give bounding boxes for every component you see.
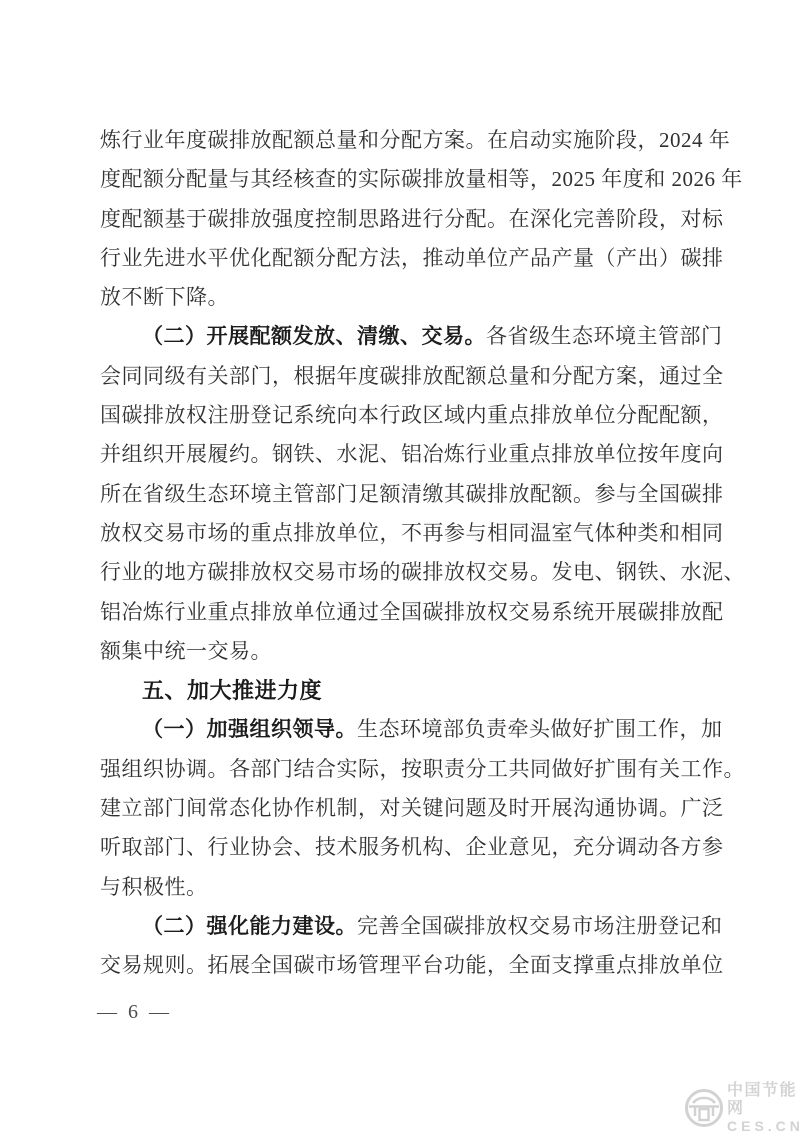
line-text: 炼行业年度碳排放配额总量和分配方案。在启动实施阶段，2024 年 bbox=[100, 128, 730, 152]
line-text: 生态环境部负责牵头做好扩围工作，加 bbox=[357, 717, 723, 741]
watermark: 中国节能网 CES.CN bbox=[684, 1082, 800, 1131]
doc-line: （一）加强组织领导。生态环境部负责牵头做好扩围工作，加 bbox=[100, 710, 707, 749]
paragraph-lead: （一）加强组织领导。 bbox=[142, 717, 357, 741]
line-text: 度配额基于碳排放强度控制思路进行分配。在深化完善阶段，对标 bbox=[100, 207, 724, 231]
doc-line: 放不断下降。 bbox=[100, 278, 707, 317]
doc-line: 交易规则。拓展全国碳市场管理平台功能，全面支撑重点排放单位 bbox=[100, 946, 707, 985]
doc-line: 铝冶炼行业重点排放单位通过全国碳排放权交易系统开展碳排放配 bbox=[100, 593, 707, 632]
line-text: 建立部门间常态化协作机制，对关键问题及时开展沟通协调。广泛 bbox=[100, 796, 724, 820]
heading-text: 五、加大推进力度 bbox=[142, 678, 322, 703]
line-text: 听取部门、行业协会、技术服务机构、企业意见，充分调动各方参 bbox=[100, 835, 724, 859]
doc-line: 行业先进水平优化配额分配方法，推动单位产品产量（产出）碳排 bbox=[100, 239, 707, 278]
doc-line: （二）开展配额发放、清缴、交易。各省级生态环境主管部门 bbox=[100, 317, 707, 356]
watermark-site-name: 中国节能网 bbox=[727, 1082, 800, 1118]
doc-line: 会同同级有关部门，根据年度碳排放配额总量和分配方案，通过全 bbox=[100, 357, 707, 396]
paragraph-lead: （二）开展配额发放、清缴、交易。 bbox=[142, 324, 486, 348]
line-text: 放权交易市场的重点排放单位，不再参与相同温室气体种类和相同 bbox=[100, 521, 724, 545]
doc-line: 听取部门、行业协会、技术服务机构、企业意见，充分调动各方参 bbox=[100, 828, 707, 867]
doc-line: 与积极性。 bbox=[100, 868, 707, 907]
paragraph-lead: （二）强化能力建设。 bbox=[142, 914, 357, 938]
section-heading: 五、加大推进力度 bbox=[100, 671, 707, 710]
line-text: 强组织协调。各部门结合实际，按职责分工共同做好扩围有关工作。 bbox=[100, 757, 745, 781]
line-text: 完善全国碳排放权交易市场注册登记和 bbox=[357, 914, 723, 938]
doc-line: 所在省级生态环境主管部门足额清缴其碳排放配额。参与全国碳排 bbox=[100, 475, 707, 514]
line-text: 所在省级生态环境主管部门足额清缴其碳排放配额。参与全国碳排 bbox=[100, 482, 724, 506]
doc-line: 炼行业年度碳排放配额总量和分配方案。在启动实施阶段，2024 年 bbox=[100, 121, 707, 160]
line-text: 放不断下降。 bbox=[100, 285, 229, 309]
line-text: 会同同级有关部门，根据年度碳排放配额总量和分配方案，通过全 bbox=[100, 364, 724, 388]
line-text: 与积极性。 bbox=[100, 875, 208, 899]
line-text: 度配额分配量与其经核查的实际碳排放量相等，2025 年度和 2026 年 bbox=[100, 167, 743, 191]
document-body: 炼行业年度碳排放配额总量和分配方案。在启动实施阶段，2024 年 度配额分配量与… bbox=[100, 121, 707, 986]
doc-line: 国碳排放权注册登记系统向本行政区域内重点排放单位分配配额， bbox=[100, 396, 707, 435]
line-text: 并组织开展履约。钢铁、水泥、铝冶炼行业重点排放单位按年度向 bbox=[100, 442, 724, 466]
watermark-text: 中国节能网 CES.CN bbox=[727, 1082, 800, 1131]
line-text: 各省级生态环境主管部门 bbox=[486, 324, 723, 348]
doc-line: 额集中统一交易。 bbox=[100, 632, 707, 671]
doc-line: 并组织开展履约。钢铁、水泥、铝冶炼行业重点排放单位按年度向 bbox=[100, 435, 707, 474]
ces-logo-icon bbox=[684, 1088, 724, 1128]
line-text: 国碳排放权注册登记系统向本行政区域内重点排放单位分配配额， bbox=[100, 403, 724, 427]
line-text: 额集中统一交易。 bbox=[100, 639, 272, 663]
line-text: 行业的地方碳排放权交易市场的碳排放权交易。发电、钢铁、水泥、 bbox=[100, 560, 745, 584]
doc-line: （二）强化能力建设。完善全国碳排放权交易市场注册登记和 bbox=[100, 907, 707, 946]
line-text: 铝冶炼行业重点排放单位通过全国碳排放权交易系统开展碳排放配 bbox=[100, 600, 724, 624]
watermark-site-domain: CES.CN bbox=[727, 1118, 800, 1131]
line-text: 交易规则。拓展全国碳市场管理平台功能，全面支撑重点排放单位 bbox=[100, 953, 724, 977]
doc-line: 行业的地方碳排放权交易市场的碳排放权交易。发电、钢铁、水泥、 bbox=[100, 553, 707, 592]
doc-line: 度配额分配量与其经核查的实际碳排放量相等，2025 年度和 2026 年 bbox=[100, 160, 707, 199]
doc-line: 度配额基于碳排放强度控制思路进行分配。在深化完善阶段，对标 bbox=[100, 200, 707, 239]
doc-line: 放权交易市场的重点排放单位，不再参与相同温室气体种类和相同 bbox=[100, 514, 707, 553]
line-text: 行业先进水平优化配额分配方法，推动单位产品产量（产出）碳排 bbox=[100, 246, 724, 270]
doc-line: 强组织协调。各部门结合实际，按职责分工共同做好扩围有关工作。 bbox=[100, 750, 707, 789]
document-page: 炼行业年度碳排放配额总量和分配方案。在启动实施阶段，2024 年 度配额分配量与… bbox=[0, 0, 800, 1131]
doc-line: 建立部门间常态化协作机制，对关键问题及时开展沟通协调。广泛 bbox=[100, 789, 707, 828]
page-number: — 6 — bbox=[97, 1001, 172, 1024]
